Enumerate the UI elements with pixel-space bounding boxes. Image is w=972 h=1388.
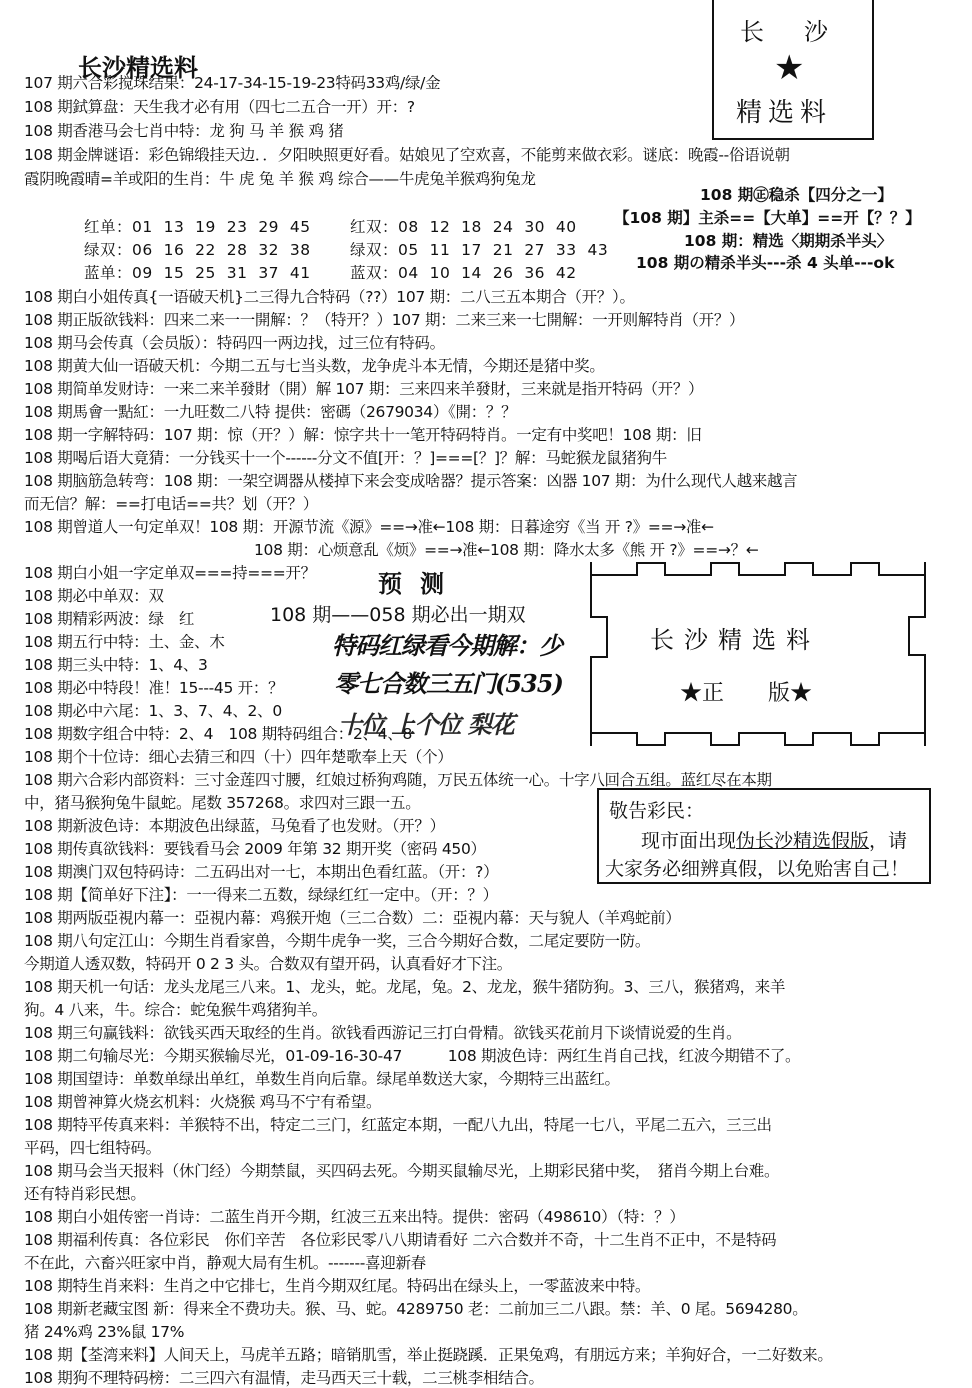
text-line: 不在此，六畜兴旺家中肖，静观大局有生机。-------喜迎新春 (24, 1253, 426, 1273)
frame-notch (812, 562, 852, 576)
text-line: 108 期特生肖来料：生肖之中它排七，生肖今期双红尾。特码出在绿头上，一零蓝波来… (24, 1276, 650, 1296)
text-line: 108 期必中特段！准！15---45 开：？ (24, 678, 283, 698)
text-line: 108 期曾道人一句定单双！108 期：开源节流《源》==→准←108 期：日暮… (24, 517, 714, 537)
number-group-green-even: 绿双：06 16 22 28 32 38 (84, 238, 311, 260)
text-line: 108 期新老藏宝图 新：得来全不费功夫。猴、马、蛇。4289750 老：二前加… (24, 1299, 807, 1319)
text-line: 108 期【简单好下注】：一一得来二五数，绿绿红红一定中。（开：？） (24, 885, 498, 905)
frame-notch (878, 562, 926, 576)
text-line: 108 期特平传真来料：羊猴特不出，特定二三门，红蓝定本期，一配八九出，特尾一七… (24, 1115, 772, 1135)
text-line: 今期道人透双数，特码开 0 2 3 头。合数双有望开码，认真看好才下注。 (24, 954, 512, 974)
text-line: 狗。4 八来，牛。综合：蛇兔猴牛鸡猪狗羊。 (24, 1000, 327, 1020)
handwritten-line: 特码红绿看今期解：少 (332, 626, 562, 661)
text-line: 108 期三句赢钱料：欲钱买西天取经的生肖。欲钱看西游记三打白骨精。欲钱买花前月… (24, 1023, 741, 1043)
frame-title: 长沙精选料 (650, 620, 820, 655)
text-line: 108 期必中单双：双 (24, 586, 164, 606)
number-group-blue-odd: 蓝单：09 15 25 31 37 41 (84, 261, 311, 283)
star-icon: ★ (774, 48, 804, 88)
kill-line: 【108 期】主杀==【大单】==开【？？】 (614, 206, 921, 228)
number-group-green-even-2: 绿双：05 11 17 21 27 33 43 (350, 238, 608, 260)
frame-notch (812, 732, 852, 746)
text-line: 108 期黄大仙一语破天机：今期二五与七当头数，龙争虎斗本无情，今期还是猪中奖。 (24, 356, 605, 376)
text-line: 108 期个十位诗：细心去猜三和四（十）四年楚歌奉上天（个） (24, 747, 453, 767)
frame-notch (664, 562, 712, 576)
number-group-red-even: 红双：08 12 18 24 30 40 (350, 215, 577, 237)
text-line: 108 期脑筋急转弯：108 期：一架空调器从楼掉下来会变成啥器？提示答案：凶器… (24, 471, 797, 491)
frame-subtitle: ★正 版★ (680, 676, 812, 707)
notice-line-2: 大家务必细辨真假，以免贻害自己！ (605, 854, 909, 881)
text-line: 108 期【荃湾来料】人间天上，马虎羊五路；暗销肌雪，举止挺跷蹊．正果兔鸡，有朋… (24, 1345, 833, 1365)
text-line: 108 期必中六尾：1、3、7、4、2、0 (24, 701, 282, 721)
text-line: 平码，四七组特码。 (24, 1138, 161, 1158)
text-line: 108 期曾神算火烧玄机料：火烧猴 鸡马不宁有希望。 (24, 1092, 381, 1112)
frame-notch (590, 562, 638, 576)
frame-notch (590, 616, 608, 658)
brand-stamp: 长沙 ★ 精选料 (712, 0, 874, 140)
text-line: 108 期白小姐传密一肖诗：二蓝生肖开今期，红波三五来出特。提供：密码（4986… (24, 1207, 685, 1227)
text-line: 108 期澳门双包特码诗：二五码出对一七，本期出色看红蓝。（开：?） (24, 862, 498, 882)
text-line: 猪 24%鸡 23%鼠 17% (24, 1322, 184, 1342)
text-line: 霞阴晚霞晴=羊或阳的生肖：牛 虎 兔 羊 猴 鸡 综合——牛虎兔羊猴鸡狗兔龙 (24, 169, 536, 189)
handwritten-line: 零七合数三五门(535) (334, 664, 563, 699)
frame-notch (664, 732, 712, 746)
text-line: 108 期八句定江山：今期生肖看家兽，今期牛虎争一奖，三合今期好合数，二尾定要防… (24, 931, 650, 951)
text-line: 108 期六合彩内部资料：三寸金莲四寸腰，红娘过桥狗鸡随，万民五体统一心。十字八… (24, 770, 772, 790)
text-line: 108 期天机一句话：龙头龙尾三八来。1、龙头，蛇。龙尾，兔。2、龙龙，猴牛猪防… (24, 977, 785, 997)
text-line: 108 期馬會一點紅：一九旺数二八特 提供：密碼（2679034）《開：？？ (24, 402, 516, 422)
notice-line-1: 现市面出现伪长沙精选假版，请 (641, 826, 907, 853)
text-line: 108 期：心烦意乱《烦》==→准←108 期：降水太多《熊 开 ?》==→？← (254, 540, 759, 560)
frame-notch (878, 732, 926, 746)
text-line: 而无信？解：==打电话==共？划（开？） (24, 494, 318, 514)
text-line: 108 期正版欲钱料：四来二来一一開解：？（特开？）107 期：二来三来一七開解… (24, 310, 744, 330)
stamp-line-2: 精选料 (736, 92, 832, 129)
text-line: 108 期香港马会七肖中特：龙 狗 马 羊 猴 鸡 猪 (24, 121, 343, 141)
text-line: 108 期国望诗：单数单绿出单红，单数生肖向后靠。绿尾单数送大家，今期特三出蓝红… (24, 1069, 620, 1089)
text-line: 108 期新波色诗：本期波色出绿蓝，马兔看了也发财。（开？） (24, 816, 445, 836)
text-line: 108 期五行中特：土、金、木 (24, 632, 225, 652)
kill-line: 108 期：精选〈期期杀半头〉 (684, 229, 892, 251)
text-line: 中，猪马猴狗兔牛鼠蛇。尾数 357268。求四对三跟一五。 (24, 793, 420, 813)
number-group-red-odd: 红单：01 13 19 23 29 45 (84, 215, 311, 237)
frame-notch (738, 732, 786, 746)
text-line: 107 期六合彩搅珠结果：24-17-34-15-19-23特码33鸡/绿/金 (24, 73, 440, 93)
text-line: 108 期白小姐传真{一语破天机}二三得九合特码（??）107 期：二八三五本期… (24, 287, 635, 307)
text-line: 108 期白小姐一字定单双===持===开？ (24, 563, 316, 583)
text-line: 108 期三头中特：1、4、3 (24, 655, 208, 675)
warning-notice: 敬告彩民： 现市面出现伪长沙精选假版，请 大家务必细辨真假，以免贻害自己！ (597, 788, 931, 884)
text-line: 108 期二句输尽光：今期买猴输尽光，01-09-16-30-47 108 期波… (24, 1046, 800, 1066)
text-line: 108 期马会当天报料（休门经）今期禁鼠，买四码去死。今期买鼠输尽光，上期彩民猪… (24, 1161, 779, 1181)
text-line: 108 期简单发财诗：一来二来羊發財（開）解 107 期：三来四来羊發財，三来就… (24, 379, 703, 399)
text-line: 108 期金牌谜语：彩色锦缎挂天边．．夕阳映照更好看。姑娘见了空欢喜，不能剪来做… (24, 145, 790, 165)
frame-notch (590, 732, 638, 746)
text-line: 108 期两版亞視内幕一：亞視内幕：鸡猴开炮（三二合数）二：亞視内幕：天与貌人（… (24, 908, 681, 928)
text-line: 108 期马会传真（会员版）：特码四一两边找，过三位有特码。 (24, 333, 445, 353)
frame-notch (908, 616, 926, 656)
text-line: 还有特肖彩民想。 (24, 1184, 146, 1204)
notice-heading: 敬告彩民： (609, 796, 704, 823)
number-group-blue-even: 蓝双：04 10 14 26 36 42 (350, 261, 577, 283)
text-line: 108 期鉽算盘：天生我才必有用（四七二五合一开）开：? (24, 97, 415, 117)
handwritten-line: 十位 上个位 梨花 (338, 705, 514, 740)
brand-frame: 长沙精选料 ★正 版★ (590, 562, 926, 746)
kill-line: 108 期の精杀半头---杀 4 头单---ok (636, 251, 894, 273)
text-line: 108 期精彩两波：绿 红 (24, 609, 194, 629)
text-line: 108 期传真欲钱料：要钱看马会 2009 年第 32 期开奖（密码 450） (24, 839, 486, 859)
kill-line: 108 期㊣稳杀【四分之一】 (700, 183, 893, 205)
text-line: 108 期福利传真：各位彩民 你们辛苦 各位彩民零八八期请看好 二六合数并不奇，… (24, 1230, 776, 1250)
forecast-subtitle: 108 期——058 期必出一期双 (270, 600, 526, 627)
text-line: 108 期狗不理特码榜：二三四六有温情，走马西天三十载，二三桃李相结合。 (24, 1368, 544, 1388)
text-line: 108 期一字解特码：107 期：惊（开？）解：惊字共十一笔开特码特肖。一定有中… (24, 425, 702, 445)
text-line: 108 期喝后语大竟猜：一分钱买十一个------分文不值[开：？]===[？]… (24, 448, 667, 468)
frame-notch (738, 562, 786, 576)
stamp-line-1: 长沙 (740, 12, 868, 47)
forecast-title: 预测 (378, 564, 462, 599)
